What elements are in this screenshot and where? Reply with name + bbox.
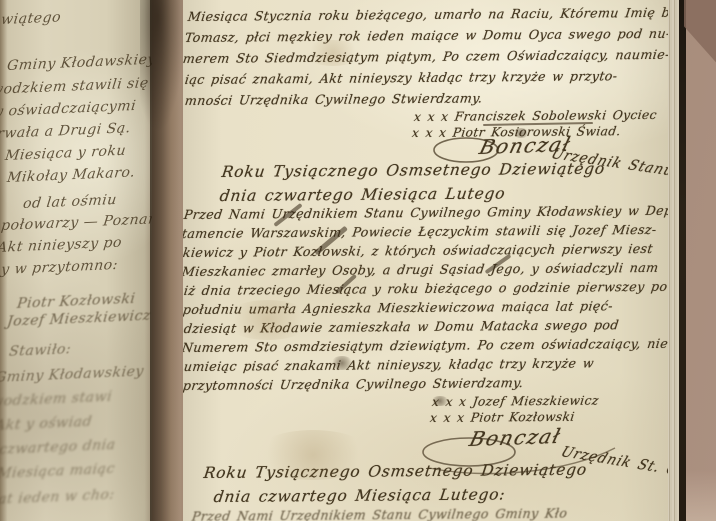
ink-blot bbox=[331, 356, 353, 370]
manuscript-line: Gminy Kłodawskiey bbox=[0, 364, 145, 386]
manuscript-line: iż dnia trzeciego Miesiąca y roku bieżąc… bbox=[183, 279, 668, 298]
manuscript-line: połowarzy — Poznan bbox=[0, 211, 152, 234]
left-page: wiątego Gminy Kłodawskiey wodzkiem stawi… bbox=[0, 0, 152, 521]
manuscript-line: przytomności Urzędnika Cywilnego Stwierd… bbox=[183, 375, 524, 393]
witness-mark-line: x x x Piotr Kozłowski bbox=[429, 410, 576, 425]
manuscript-line: Miesiąca y roku bbox=[4, 143, 127, 164]
manuscript-line: y oświadczaiącymi bbox=[0, 98, 137, 120]
manuscript-line: wiątego bbox=[0, 9, 62, 28]
manuscript-line: Przed Nami Urzędnikiem Stanu Cywilnego G… bbox=[191, 506, 568, 521]
manuscript-line: mności Urzędnika Cywilnego Stwierdzamy. bbox=[184, 90, 484, 108]
manuscript-line: Stawiło: bbox=[8, 341, 72, 360]
manuscript-line: Mikołay Makaro. bbox=[6, 164, 136, 186]
registrar-signature: Bonczał bbox=[467, 424, 564, 451]
manuscript-line: rwała a Drugi Są. bbox=[0, 120, 132, 142]
manuscript-line: y w przytomno: bbox=[0, 257, 119, 278]
manuscript-line: iąc pisać znakami, Akt ninieyszy kładąc … bbox=[184, 68, 619, 87]
manuscript-line: merem Sto Siedmdziesiątym piątym, Po cze… bbox=[183, 47, 668, 66]
ink-blot bbox=[431, 396, 449, 406]
scanned-register-page: wiątego Gminy Kłodawskiey wodzkiem stawi… bbox=[0, 0, 716, 521]
manuscript-line: umieiąc pisać znakami Akt ninieyszy, kła… bbox=[183, 355, 595, 374]
manuscript-line: Gminy Kłodawskiey bbox=[6, 52, 152, 74]
book-cover-edge bbox=[679, 0, 686, 521]
manuscript-line: Przed Nami Urzędnikiem Stanu Cywilnego G… bbox=[183, 203, 668, 222]
manuscript-line: Akt ninieyszy po bbox=[0, 235, 123, 256]
manuscript-line: kiewicz y Piotr Kozłowski, z których ośw… bbox=[183, 241, 654, 260]
manuscript-line: Miesiąca Stycznia roku bieżącego, umarło… bbox=[187, 5, 668, 24]
main-page: Miesiąca Stycznia roku bieżącego, umarło… bbox=[183, 0, 668, 521]
manuscript-line: lat ieden w cho: bbox=[0, 487, 116, 508]
manuscript-line: czwartego dnia bbox=[0, 437, 116, 458]
act-heading-line: dnia czwartego Miesiąca Lutego: bbox=[213, 485, 507, 506]
manuscript-line: Akt y oświad bbox=[0, 414, 93, 434]
act-heading-line: dnia czwartego Miesiąca Lutego bbox=[219, 185, 507, 205]
manuscript-line: wodzkiem stawi bbox=[0, 389, 113, 410]
manuscript-line: od lat ośmiu bbox=[22, 192, 118, 212]
manuscript-line: Mieszkaniec zmarłey Osoby, a drugi Sąsia… bbox=[183, 260, 660, 279]
paper-stain bbox=[253, 430, 373, 480]
ink-blot bbox=[513, 128, 529, 138]
manuscript-line: tamencie Warszawskim, Powiecie Łęczyckim… bbox=[183, 222, 658, 241]
manuscript-line: Tomasz, płci męzkiey rok ieden maiące w … bbox=[184, 26, 668, 45]
background-highlight bbox=[686, 470, 716, 521]
background-shade bbox=[684, 0, 716, 120]
paper-stain bbox=[223, 300, 313, 340]
act-heading-line: Roku Tysiącznego Osmsetnego Dziewiątego bbox=[221, 160, 607, 181]
witness-mark-line: x x x Jozef Mieszkiewicz bbox=[431, 394, 599, 409]
manuscript-line: wodzkiem stawili się bbox=[0, 75, 150, 98]
witness-mark-line: x x x Franciszek Sobolewski Oyciec bbox=[413, 108, 658, 124]
paper-stain bbox=[303, 40, 363, 66]
manuscript-line: Miesiąca maiąc bbox=[0, 461, 116, 482]
